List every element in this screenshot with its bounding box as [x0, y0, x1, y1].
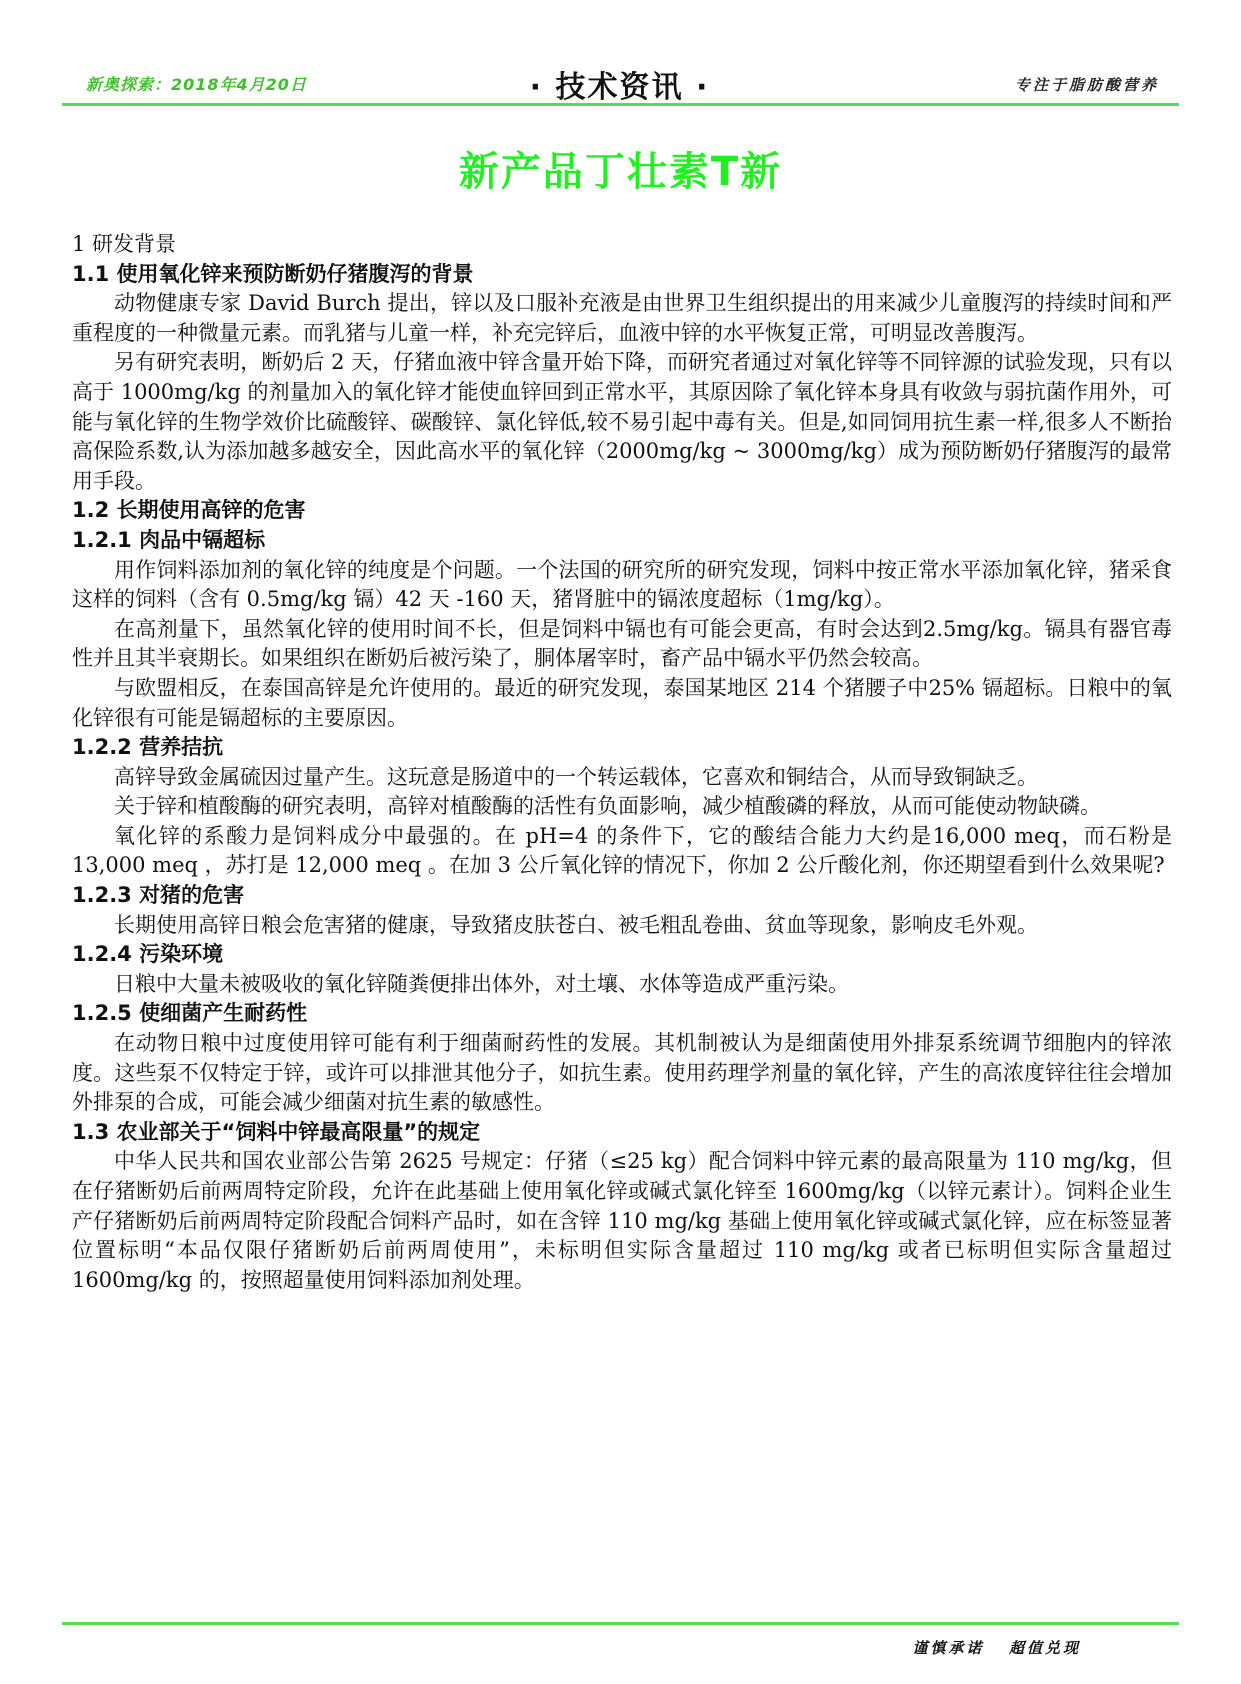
subsubsection-heading: 1.2.5 使细菌产生耐药性	[72, 999, 1172, 1029]
page-header: 新奥探索：2018年4月20日 · 技术资讯 · 专注于脂肪酸营养	[62, 62, 1177, 104]
footer-slogan: 谨慎承诺 超值兑现	[912, 1637, 1081, 1658]
paragraph: 另有研究表明，断奶后 2 天，仔猪血液中锌含量开始下降，而研究者通过对氧化锌等不…	[72, 348, 1172, 496]
paragraph: 与欧盟相反，在泰国高锌是允许使用的。最近的研究发现，泰国某地区 214 个猪腰子…	[72, 674, 1172, 733]
subsubsection-heading: 1.2.2 营养拮抗	[72, 733, 1172, 763]
article-title: 新产品丁壮素T新	[0, 140, 1241, 197]
footer-divider	[62, 1622, 1179, 1625]
paragraph: 氧化锌的系酸力是饲料成分中最强的。在 pH=4 的条件下，它的酸结合能力大约是1…	[72, 822, 1172, 881]
header-tagline: 专注于脂肪酸营养	[1015, 74, 1159, 95]
paragraph: 高锌导致金属硫因过量产生。这玩意是肠道中的一个转运载体，它喜欢和铜结合，从而导致…	[72, 763, 1172, 793]
header-column-title: · 技术资讯 ·	[62, 62, 1177, 106]
subsection-heading: 1.2 长期使用高锌的危害	[72, 496, 1172, 526]
paragraph: 日粮中大量未被吸收的氧化锌随粪便排出体外，对土壤、水体等造成严重污染。	[72, 970, 1172, 1000]
paragraph: 在高剂量下，虽然氧化锌的使用时间不长，但是饲料中镉也有可能会更高，有时会达到2.…	[72, 615, 1172, 674]
subsubsection-heading: 1.2.1 肉品中镉超标	[72, 526, 1172, 556]
section-heading: 1 研发背景	[72, 230, 1172, 260]
document-page: 新奥探索：2018年4月20日 · 技术资讯 · 专注于脂肪酸营养 新产品丁壮素…	[0, 0, 1241, 1684]
subsection-heading: 1.3 农业部关于“饲料中锌最高限量”的规定	[72, 1118, 1172, 1148]
subsubsection-heading: 1.2.4 污染环境	[72, 940, 1172, 970]
paragraph: 长期使用高锌日粮会危害猪的健康，导致猪皮肤苍白、被毛粗乱卷曲、贫血等现象，影响皮…	[72, 911, 1172, 941]
article-body: 1 研发背景 1.1 使用氧化锌来预防断奶仔猪腹泻的背景 动物健康专家 Davi…	[72, 230, 1172, 1295]
paragraph: 动物健康专家 David Burch 提出，锌以及口服补充液是由世界卫生组织提出…	[72, 289, 1172, 348]
header-divider	[62, 103, 1179, 106]
paragraph: 用作饲料添加剂的氧化锌的纯度是个问题。一个法国的研究所的研究发现，饲料中按正常水…	[72, 556, 1172, 615]
paragraph: 在动物日粮中过度使用锌可能有利于细菌耐药性的发展。其机制被认为是细菌使用外排泵系…	[72, 1029, 1172, 1118]
paragraph: 关于锌和植酸酶的研究表明，高锌对植酸酶的活性有负面影响，减少植酸磷的释放，从而可…	[72, 792, 1172, 822]
subsubsection-heading: 1.2.3 对猪的危害	[72, 881, 1172, 911]
paragraph: 中华人民共和国农业部公告第 2625 号规定：仔猪（≤25 kg）配合饲料中锌元…	[72, 1147, 1172, 1295]
subsection-heading: 1.1 使用氧化锌来预防断奶仔猪腹泻的背景	[72, 260, 1172, 290]
